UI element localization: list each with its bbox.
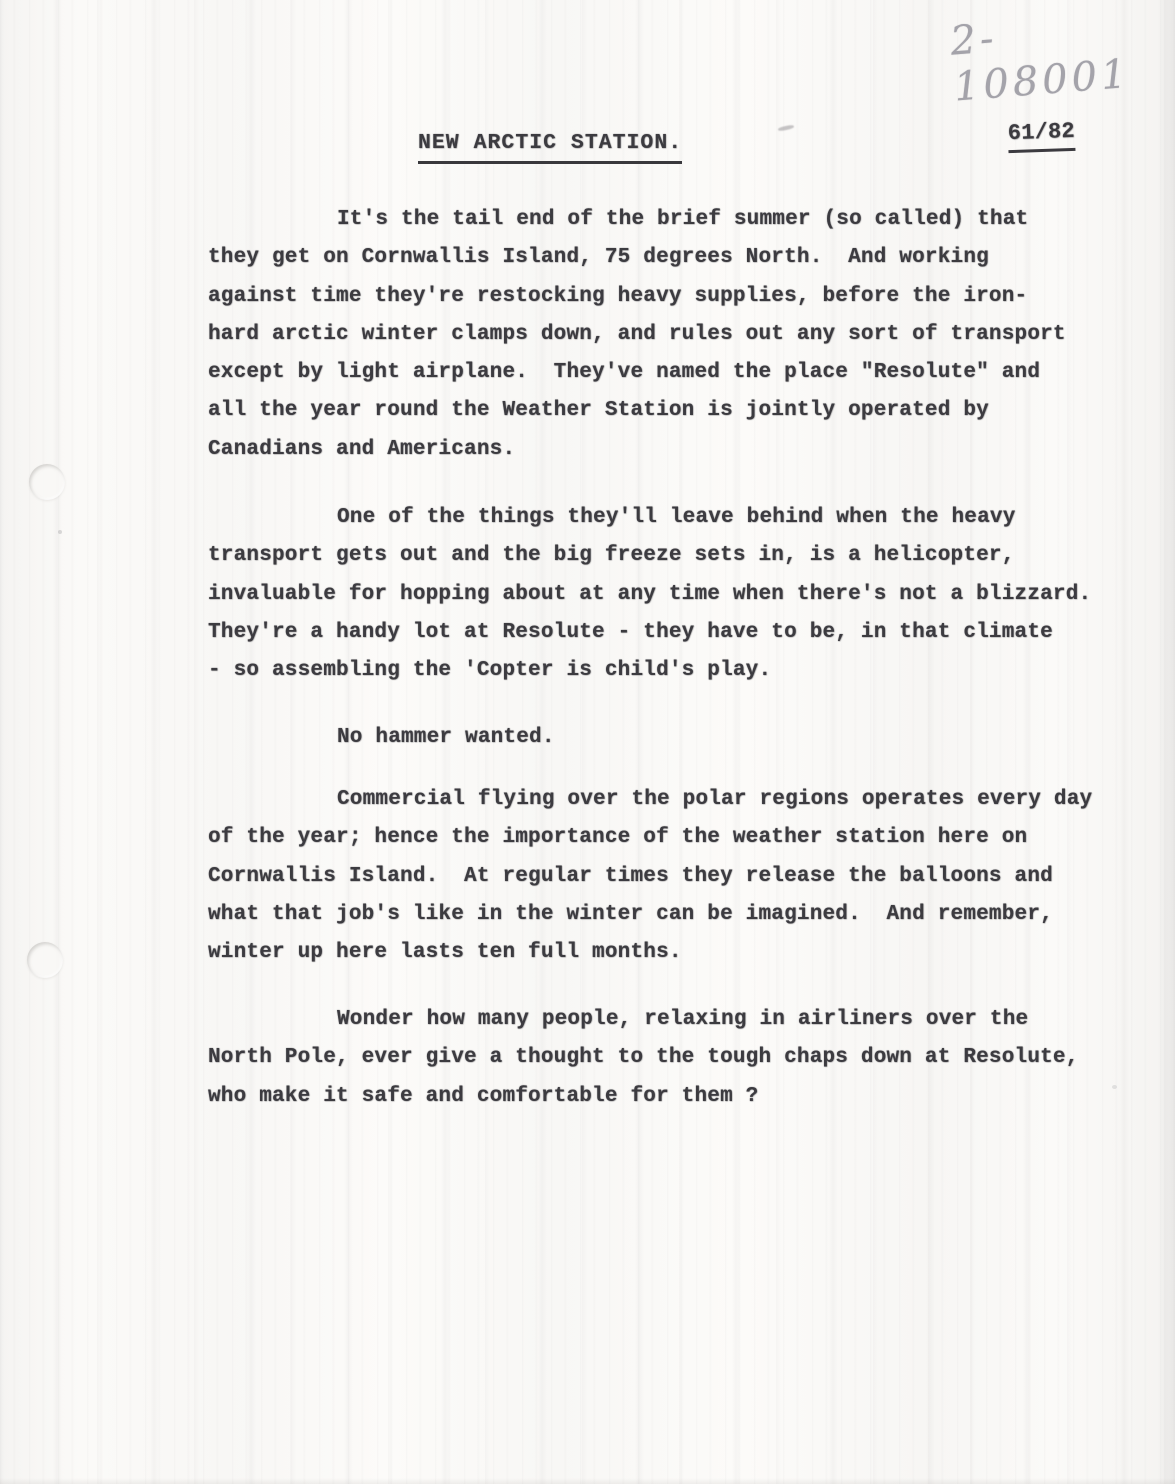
text-line: invaluable for hopping about at any time… bbox=[208, 576, 1108, 614]
text-line: except by light airplane. They've named … bbox=[208, 354, 1108, 392]
paper-speck bbox=[778, 124, 794, 131]
text-line: all the year round the Weather Station i… bbox=[208, 392, 1108, 430]
section-subheading: No hammer wanted. bbox=[208, 719, 1108, 757]
text-line: who make it safe and comfortable for the… bbox=[208, 1078, 1108, 1116]
text-line: they get on Cornwallis Island, 75 degree… bbox=[208, 239, 1108, 277]
hole-punch-bottom bbox=[27, 942, 63, 978]
text-line: what that job's like in the winter can b… bbox=[208, 896, 1108, 934]
scan-edge-shadow-bottom bbox=[0, 1478, 1175, 1484]
paragraph-4: Wonder how many people, relaxing in airl… bbox=[208, 1001, 1108, 1116]
text-line: Wonder how many people, relaxing in airl… bbox=[208, 1001, 1108, 1039]
hole-punch-top bbox=[29, 464, 65, 500]
text-line: Cornwallis Island. At regular times they… bbox=[208, 858, 1108, 896]
text-line: Commercial flying over the polar regions… bbox=[208, 781, 1108, 819]
text-line: transport gets out and the big freeze se… bbox=[208, 537, 1108, 575]
text-line: They're a handy lot at Resolute - they h… bbox=[208, 614, 1108, 652]
paper-speck bbox=[1112, 1085, 1117, 1089]
text-line: No hammer wanted. bbox=[208, 719, 1108, 757]
paragraph-3: Commercial flying over the polar regions… bbox=[208, 781, 1108, 972]
text-line: hard arctic winter clamps down, and rule… bbox=[208, 316, 1108, 354]
text-line: of the year; hence the importance of the… bbox=[208, 819, 1108, 857]
scan-edge-shadow-right bbox=[1157, 0, 1175, 1484]
text-line: winter up here lasts ten full months. bbox=[208, 934, 1108, 972]
page-number: 61/82 bbox=[1007, 121, 1075, 153]
text-line: Canadians and Americans. bbox=[208, 431, 1108, 469]
text-line: against time they're restocking heavy su… bbox=[208, 278, 1108, 316]
paragraph-1: It's the tail end of the brief summer (s… bbox=[208, 201, 1108, 469]
paragraph-2: One of the things they'll leave behind w… bbox=[208, 499, 1108, 690]
text-line: It's the tail end of the brief summer (s… bbox=[208, 201, 1108, 239]
document-title: NEW ARCTIC STATION. bbox=[418, 133, 682, 164]
text-line: One of the things they'll leave behind w… bbox=[208, 499, 1108, 537]
paper-speck bbox=[58, 530, 62, 534]
scanned-document-page: 2-108001 61/82 NEW ARCTIC STATION. It's … bbox=[0, 0, 1175, 1484]
text-line: North Pole, ever give a thought to the t… bbox=[208, 1039, 1108, 1077]
handwritten-annotation: 2-108001 bbox=[949, 1, 1175, 110]
text-line: - so assembling the 'Copter is child's p… bbox=[208, 652, 1108, 690]
